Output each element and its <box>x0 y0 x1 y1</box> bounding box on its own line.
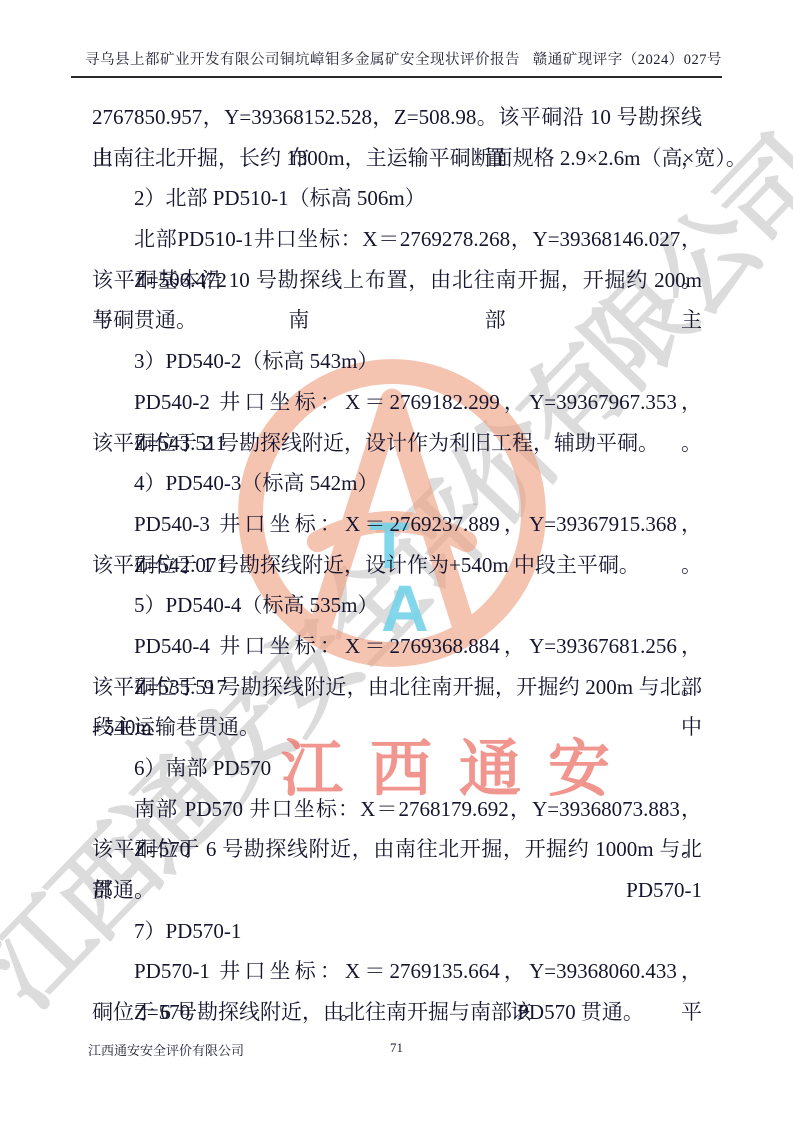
body-line: 该平硐基本沿 10 号勘探线上布置，由北往南开掘，开掘约 200m 与南部主 <box>92 260 702 301</box>
header-report-title: 寻乌县上都矿业开发有限公司铜坑嶂钼多金属矿安全现状评价报告 <box>85 48 520 69</box>
body-line: 7）PD570-1 <box>92 911 702 952</box>
body-line: PD570-1 井口坐标：X＝2769135.664，Y=39368060.43… <box>92 951 702 992</box>
header-rule <box>71 76 722 78</box>
body-line: PD540-4 井口坐标：X＝2769368.884，Y=39367681.25… <box>92 626 702 667</box>
header-doc-number: 赣通矿现评字（2024）027号 <box>533 48 722 69</box>
body-line: 该平硐位于 2 号勘探线附近，设计作为利旧工程，辅助平硐。 <box>92 423 702 464</box>
body-line: 2）北部 PD510-1（标高 506m） <box>92 178 702 219</box>
body-line: 6）南部 PD570 <box>92 748 702 789</box>
body-line: 该平硐位于 9 号勘探线附近，由北往南开掘，开掘约 200m 与北部+540m … <box>92 667 702 708</box>
page-header: 寻乌县上都矿业开发有限公司铜坑嶂钼多金属矿安全现状评价报告 赣通矿现评字（202… <box>85 48 722 69</box>
body-line: 该平硐位于 6 号勘探线附近，由南往北开掘，开掘约 1000m 与北部 PD57… <box>92 829 702 870</box>
document-page: 寻乌县上都矿业开发有限公司铜坑嶂钼多金属矿安全现状评价报告 赣通矿现评字（202… <box>0 0 793 1122</box>
body-line: 2767850.957，Y=39368152.528，Z=508.98。该平硐沿… <box>92 97 702 138</box>
page-footer: 江西通安安全评价有限公司 71 <box>0 1040 793 1064</box>
body-line: 4）PD540-3（标高 542m） <box>92 463 702 504</box>
footer-page-number: 71 <box>0 1040 793 1056</box>
body-line: 北部PD510-1井口坐标：X＝2769278.268，Y=39368146.0… <box>92 219 702 260</box>
body-line: 该平硐位于 1 号勘探线附近，设计作为+540m 中段主平硐。 <box>92 545 702 586</box>
body-line: PD540-3 井口坐标：X＝2769237.889，Y=39367915.36… <box>92 504 702 545</box>
body-line: 3）PD540-2（标高 543m） <box>92 341 702 382</box>
body-line: 5）PD540-4（标高 535m） <box>92 585 702 626</box>
body-line: PD540-2 井口坐标：X＝2769182.299，Y=39367967.35… <box>92 382 702 423</box>
document-body: 2767850.957，Y=39368152.528，Z=508.98。该平硐沿… <box>92 97 702 1033</box>
body-line: 硐位于 6 号勘探线附近，由北往南开掘与南部 PD570 贯通。 <box>92 992 702 1033</box>
body-line: 南部 PD570 井口坐标：X＝2768179.692，Y=39368073.8… <box>92 789 702 830</box>
body-line: 由南往北开掘，长约 1300m，主运输平硐断面规格 2.9×2.6m（高×宽）。 <box>92 138 702 179</box>
